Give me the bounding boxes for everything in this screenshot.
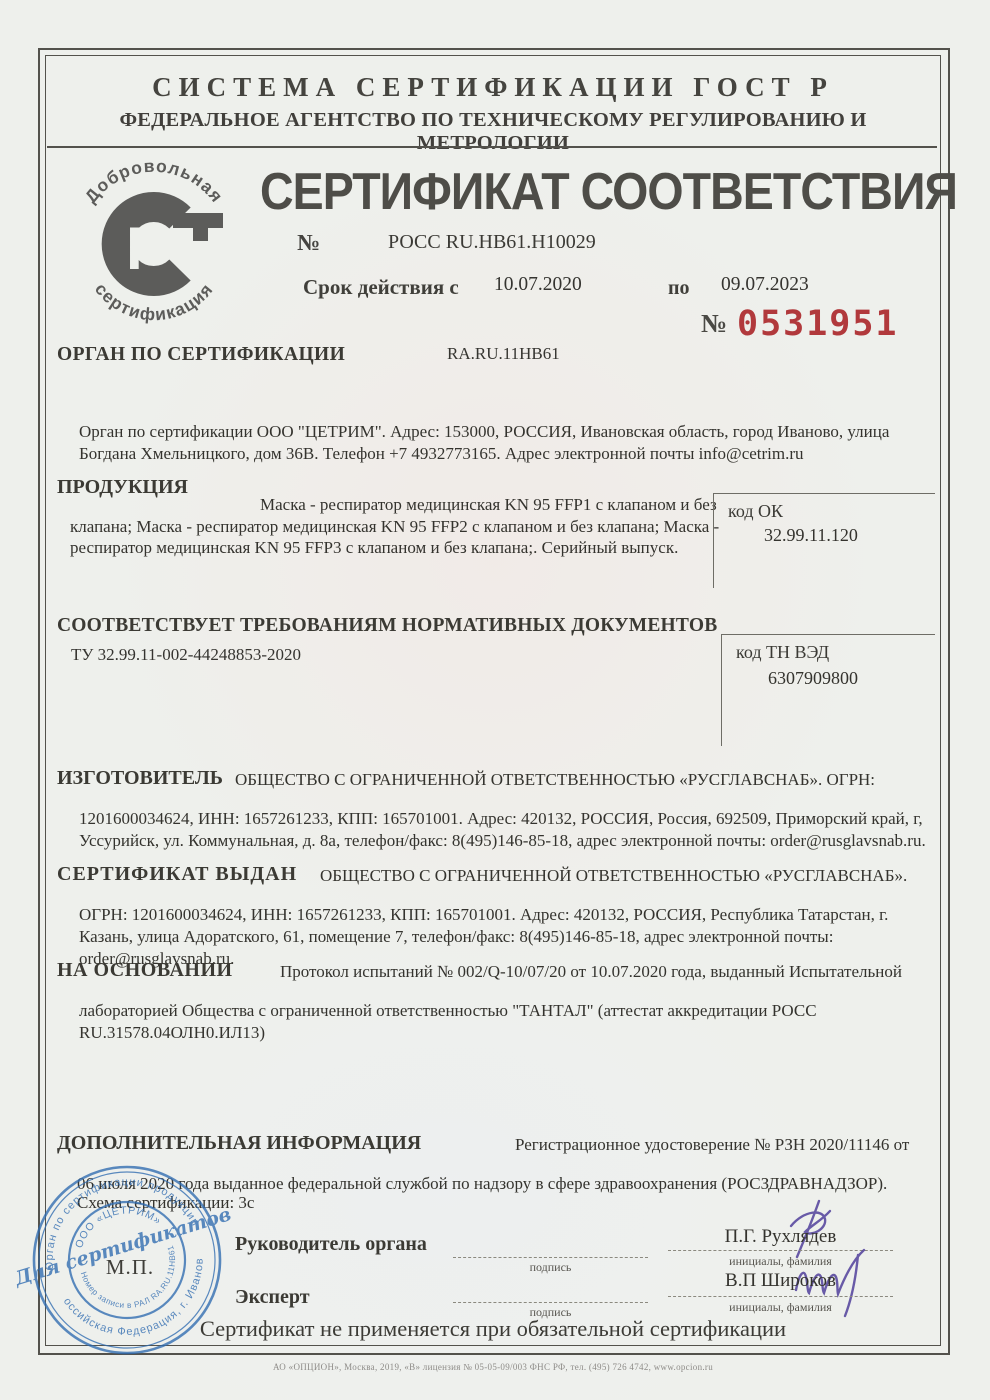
issued-to-label: СЕРТИФИКАТ ВЫДАН xyxy=(57,863,297,886)
head-role-label: Руководитель органа xyxy=(235,1233,427,1256)
footer-note: Сертификат не применяется при обязательн… xyxy=(46,1316,940,1342)
certification-body-label: ОРГАН ПО СЕРТИФИКАЦИИ xyxy=(57,344,345,366)
certification-body-text: Орган по сертификации ООО "ЦЕТРИМ". Адре… xyxy=(79,421,914,465)
head-signature-line xyxy=(453,1257,648,1258)
valid-from-date: 10.07.2020 xyxy=(494,274,582,296)
expert-name: В.П Широков xyxy=(668,1270,893,1292)
expert-name-caption: инициалы, фамилия xyxy=(668,1300,893,1315)
manufacturer-company: ОБЩЕСТВО С ОГРАНИЧЕННОЙ ОТВЕТСТВЕННОСТЬЮ… xyxy=(235,769,935,791)
tnved-code-value: 6307909800 xyxy=(768,668,935,689)
manufacturer-details: 1201600034624, ИНН: 1657261233, КПП: 165… xyxy=(79,808,927,852)
expert-name-line xyxy=(668,1296,893,1297)
basis-line1: Протокол испытаний № 002/Q-10/07/20 от 1… xyxy=(280,961,940,983)
normative-document: ТУ 32.99.11-002-44248853-2020 xyxy=(71,645,301,665)
ok-code-value: 32.99.11.120 xyxy=(764,525,935,546)
basis-details: лабораторией Общества с ограниченной отв… xyxy=(79,1000,879,1044)
head-signature-caption: подпись xyxy=(453,1260,648,1275)
blank-number-sign: № xyxy=(701,309,727,339)
agency-title: ФЕДЕРАЛЬНОЕ АГЕНТСТВО ПО ТЕХНИЧЕСКОМУ РЕ… xyxy=(46,109,940,155)
logo-t-bar xyxy=(173,213,223,228)
ok-code-box: код ОК 32.99.11.120 xyxy=(713,493,935,588)
blank-serial-number: 0531951 xyxy=(737,304,899,344)
gost-r-logo: Р Добровольная сертификация xyxy=(66,156,248,324)
conformity-label: СООТВЕТСТВУЕТ ТРЕБОВАНИЯМ НОРМАТИВНЫХ ДО… xyxy=(57,615,717,637)
manufacturer-label: ИЗГОТОВИТЕЛЬ xyxy=(57,767,223,790)
logo-letter-p: Р xyxy=(126,215,166,282)
valid-to-label: по xyxy=(668,277,690,300)
issued-to-company: ОБЩЕСТВО С ОГРАНИЧЕННОЙ ОТВЕТСТВЕННОСТЬЮ… xyxy=(320,865,940,887)
tnved-code-label: код ТН ВЭД xyxy=(736,642,935,663)
valid-to-date: 09.07.2023 xyxy=(721,274,809,296)
head-name: П.Г. Рухлядев xyxy=(668,1226,893,1248)
system-title: СИСТЕМА СЕРТИФИКАЦИИ ГОСТ Р xyxy=(46,72,940,103)
additional-info-line1: Регистрационное удостоверение № РЗН 2020… xyxy=(515,1134,935,1156)
ok-code-label: код ОК xyxy=(728,501,935,522)
expert-role-label: Эксперт xyxy=(235,1286,310,1309)
production-text: Маска - респиратор медицинская KN 95 FFP… xyxy=(70,494,725,559)
certification-body-code: RA.RU.11HB61 xyxy=(447,344,560,364)
certificate-number: РОСС RU.HB61.H10029 xyxy=(388,231,596,254)
validity-label: Срок действия с xyxy=(303,275,459,300)
basis-label: НА ОСНОВАНИИ xyxy=(57,959,233,982)
print-house-info: АО «ОПЦИОН», Москва, 2019, «В» лицензия … xyxy=(46,1362,940,1372)
expert-signature-line xyxy=(453,1302,648,1303)
certificate-page: СИСТЕМА СЕРТИФИКАЦИИ ГОСТ Р ФЕДЕРАЛЬНОЕ … xyxy=(0,0,990,1400)
number-sign: № xyxy=(297,230,320,256)
document-title: СЕРТИФИКАТ СООТВЕТСТВИЯ xyxy=(260,161,865,221)
header-divider xyxy=(47,146,937,148)
tnved-code-box: код ТН ВЭД 6307909800 xyxy=(721,634,935,746)
logo-t-stem xyxy=(193,228,208,241)
